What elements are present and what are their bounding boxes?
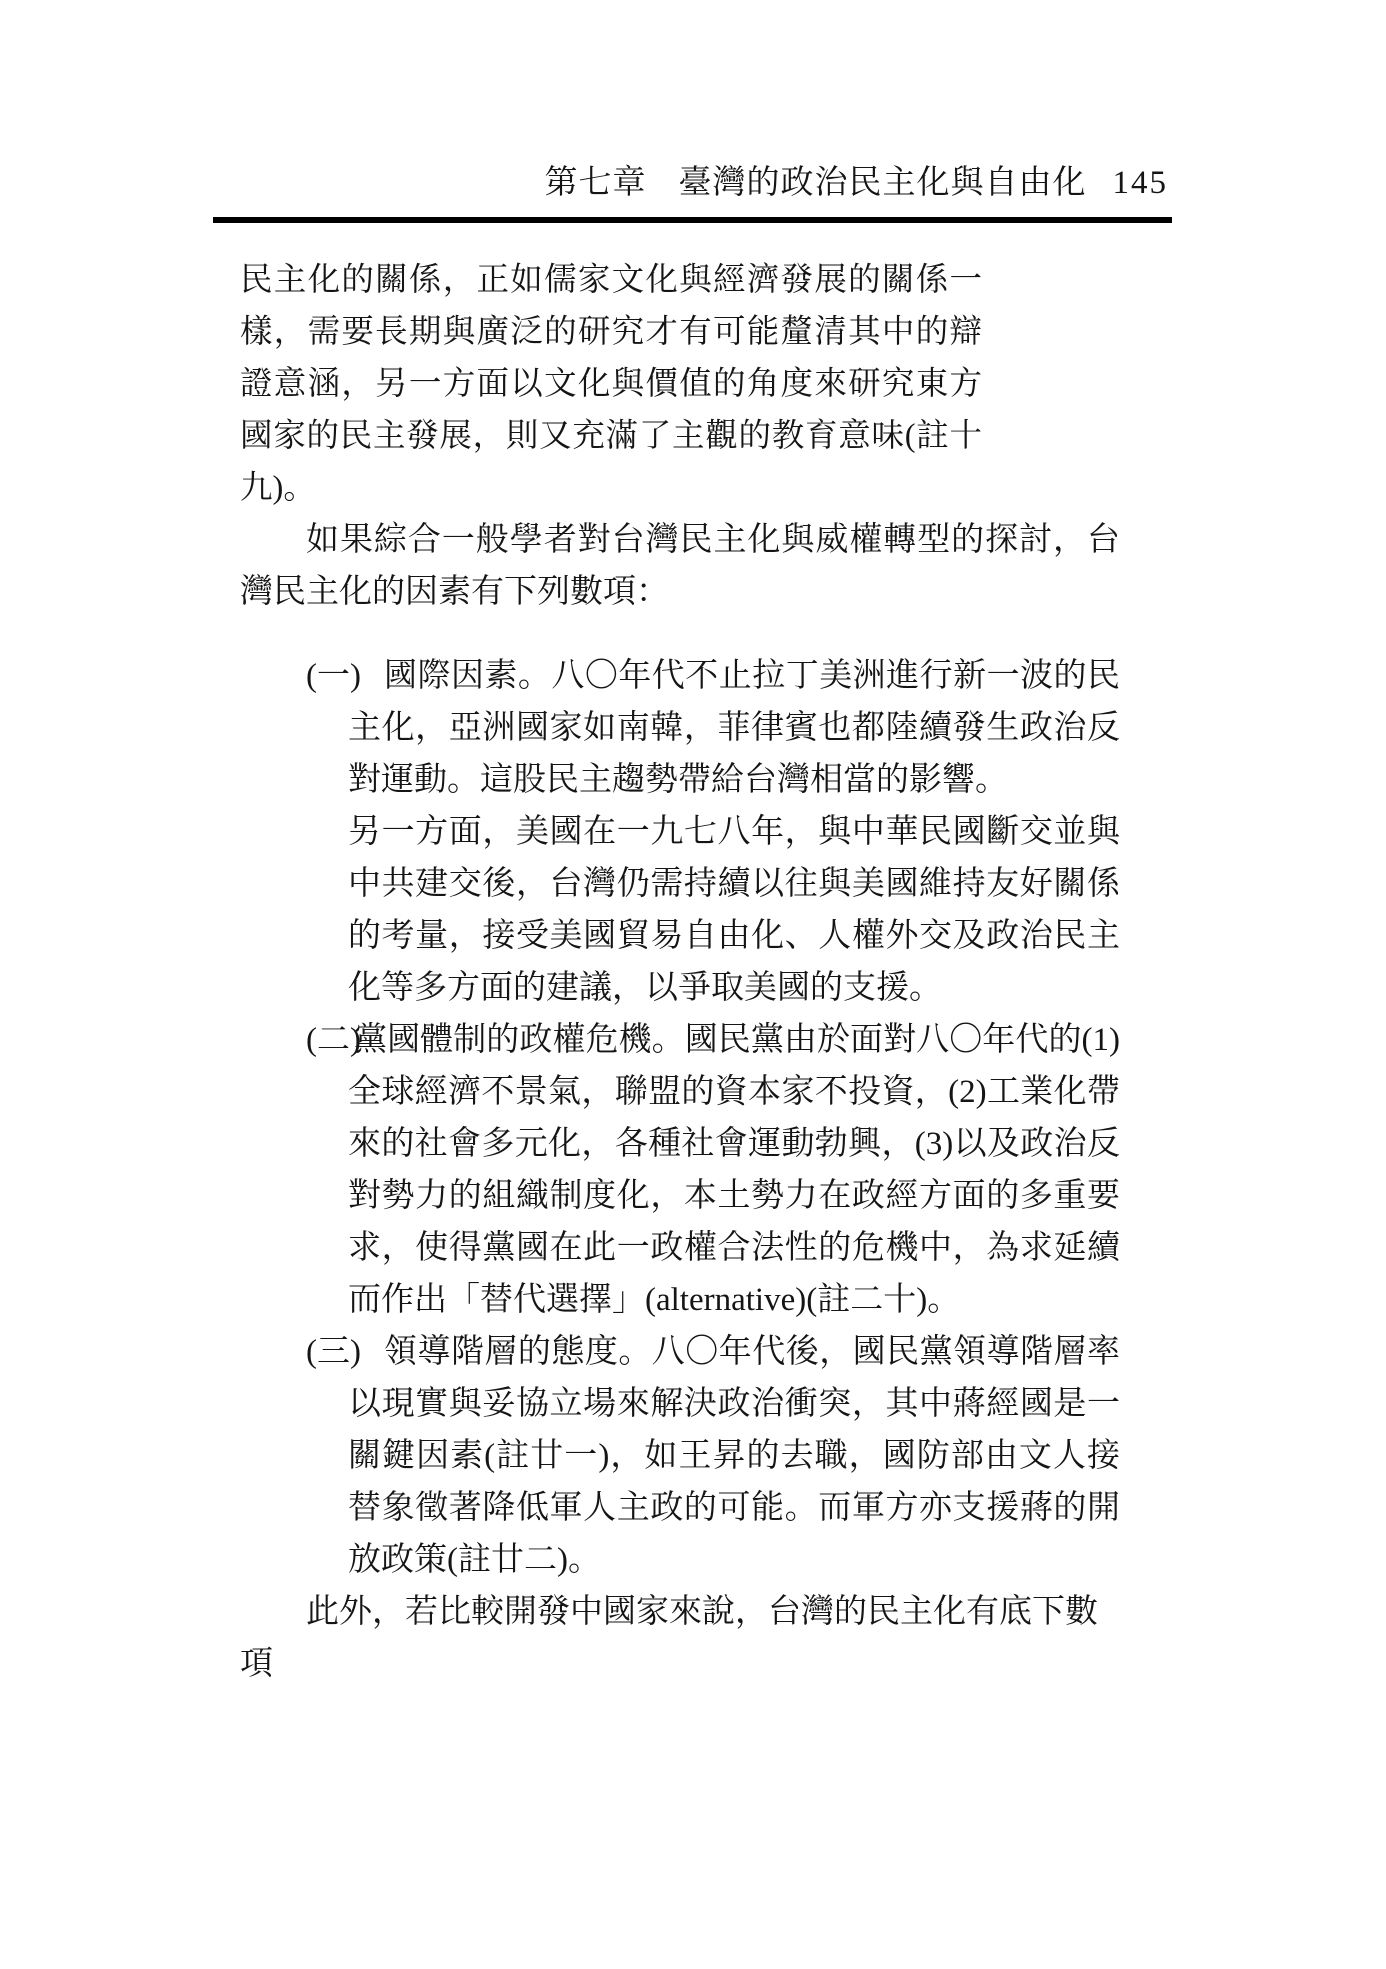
list-item: (三) 領導階層的態度。八〇年代後，國民黨領導階層率以現實與妥協立場來解決政治衝… <box>240 1326 1120 1586</box>
chapter-title: 臺灣的政治民主化與自由化 <box>679 165 1087 201</box>
intro-paragraph: 如果綜合一般學者對台灣民主化與威權轉型的探討，台灣民主化的因素有下列數項： <box>240 514 1120 618</box>
page-number: 145 <box>1113 165 1169 201</box>
header-rule <box>213 217 1172 223</box>
list-item: (二) 黨國體制的政權危機。國民黨由於面對八〇年代的(1)全球經濟不景氣，聯盟的… <box>240 1014 1120 1326</box>
list-item-paragraph: 另一方面，美國在一九七八年，與中華民國斷交並與中共建交後，台灣仍需持續以往與美國… <box>348 806 1120 1014</box>
list-item-paragraph: 黨國體制的政權危機。國民黨由於面對八〇年代的(1)全球經濟不景氣，聯盟的資本家不… <box>348 1014 1120 1326</box>
list-item-text: 國際因素。八〇年代不止拉丁美洲進行新一波的民主化，亞洲國家如南韓，菲律賓也都陸續… <box>348 650 1120 1014</box>
numbered-list: (一) 國際因素。八〇年代不止拉丁美洲進行新一波的民主化，亞洲國家如南韓，菲律賓… <box>240 650 1120 1586</box>
closing-paragraph: 此外，若比較開發中國家來說，台灣的民主化有底下數項 <box>240 1586 1120 1690</box>
list-item-text: 黨國體制的政權危機。國民黨由於面對八〇年代的(1)全球經濟不景氣，聯盟的資本家不… <box>348 1014 1120 1326</box>
list-item: (一) 國際因素。八〇年代不止拉丁美洲進行新一波的民主化，亞洲國家如南韓，菲律賓… <box>240 650 1120 1014</box>
list-item-paragraph: 領導階層的態度。八〇年代後，國民黨領導階層率以現實與妥協立場來解決政治衝突，其中… <box>348 1326 1120 1586</box>
quote-paragraph: 民主化的關係，正如儒家文化與經濟發展的關係一樣，需要長期與廣泛的研究才有可能釐清… <box>240 254 982 514</box>
chapter-label: 第七章 <box>545 165 647 201</box>
document-page: 第七章臺灣的政治民主化與自由化145 民主化的關係，正如儒家文化與經濟發展的關係… <box>0 0 1386 1969</box>
page-content: 民主化的關係，正如儒家文化與經濟發展的關係一樣，需要長期與廣泛的研究才有可能釐清… <box>240 254 1120 1690</box>
list-item-label: (二) <box>306 1014 361 1066</box>
list-item-label: (一) <box>306 650 361 702</box>
list-item-text: 領導階層的態度。八〇年代後，國民黨領導階層率以現實與妥協立場來解決政治衝突，其中… <box>348 1326 1120 1586</box>
list-item-label: (三) <box>306 1326 361 1378</box>
page-header: 第七章臺灣的政治民主化與自由化145 <box>0 163 1168 203</box>
list-item-paragraph: 國際因素。八〇年代不止拉丁美洲進行新一波的民主化，亞洲國家如南韓，菲律賓也都陸續… <box>348 650 1120 806</box>
